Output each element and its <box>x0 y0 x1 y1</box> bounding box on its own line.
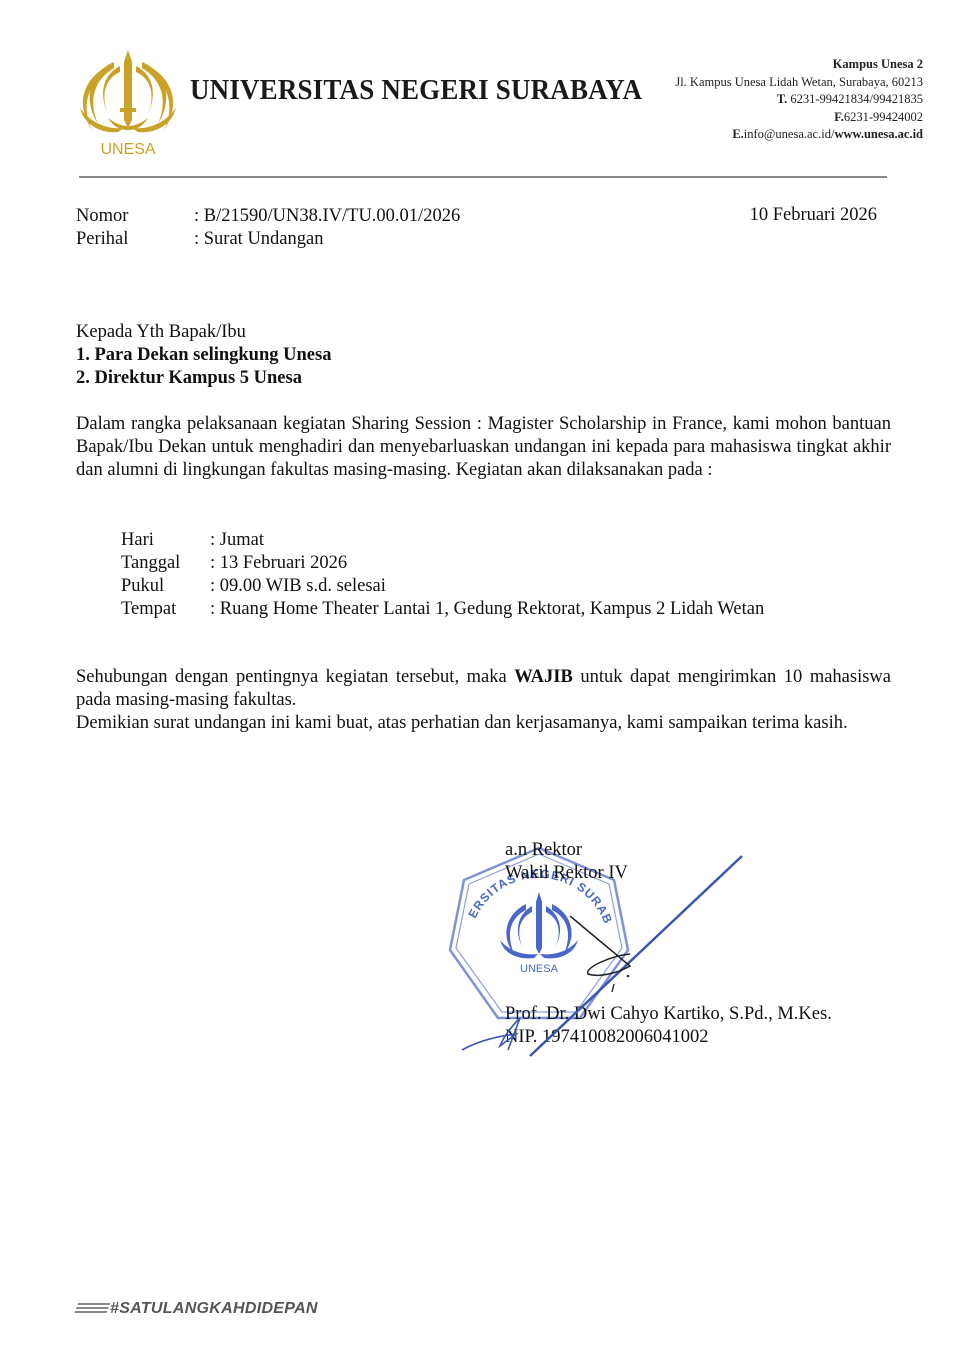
nomor-label: Nomor <box>76 205 128 228</box>
campus-name: Kampus Unesa 2 <box>675 56 923 74</box>
footer-tagline: #SATULANGKAHDIDEPAN <box>76 1300 318 1318</box>
university-name: UNIVERSITAS NEGERI SURABAYA <box>190 74 642 107</box>
contact-block: Kampus Unesa 2 Jl. Kampus Unesa Lidah We… <box>675 56 923 144</box>
mandatory-paragraph: Sehubungan dengan pentingnya kegiatan te… <box>76 666 891 712</box>
intro-paragraph: Dalam rangka pelaksanaan kegiatan Sharin… <box>76 413 891 482</box>
thanks-paragraph: Demikian surat undangan ini kami buat, a… <box>76 712 891 735</box>
mandatory-emphasis: WAJIB <box>514 667 573 687</box>
fax: F.6231-99424002 <box>675 109 923 127</box>
header-divider <box>79 176 887 178</box>
email-website: E.info@unesa.ac.id/www.unesa.ac.id <box>675 126 923 144</box>
recipient-item: 2. Direktur Kampus 5 Unesa <box>76 367 331 390</box>
unesa-logo: UNESA <box>74 48 182 158</box>
address: Jl. Kampus Unesa Lidah Wetan, Surabaya, … <box>675 74 923 92</box>
detail-row-time: Pukul: 09.00 WIB s.d. selesai <box>121 575 764 598</box>
closing-paragraphs: Sehubungan dengan pentingnya kegiatan te… <box>76 666 891 735</box>
phone: T. 6231-99421834/99421835 <box>675 91 923 109</box>
svg-text:UNESA: UNESA <box>100 141 155 158</box>
unesa-emblem-icon: UNESA <box>74 48 182 158</box>
greeting: Kepada Yth Bapak/Ibu <box>76 321 331 344</box>
perihal-value: : Surat Undangan <box>194 228 323 251</box>
recipient-item: 1. Para Dekan selingkung Unesa <box>76 344 331 367</box>
detail-row-place: Tempat: Ruang Home Theater Lantai 1, Ged… <box>121 598 764 621</box>
nomor-value: : B/21590/UN38.IV/TU.00.01/2026 <box>194 205 460 228</box>
recipient-block: Kepada Yth Bapak/Ibu 1. Para Dekan selin… <box>76 321 331 390</box>
letter-date: 10 Februari 2026 <box>750 205 877 226</box>
website-link[interactable]: www.unesa.ac.id <box>834 127 923 141</box>
event-details: Hari: Jumat Tanggal: 13 Februari 2026 Pu… <box>121 529 764 621</box>
handwritten-signature <box>460 850 760 1060</box>
speed-stripes-icon <box>74 1303 110 1315</box>
signature-scribble-icon <box>460 850 760 1060</box>
detail-row-date: Tanggal: 13 Februari 2026 <box>121 552 764 575</box>
detail-row-day: Hari: Jumat <box>121 529 764 552</box>
perihal-label: Perihal <box>76 228 128 251</box>
